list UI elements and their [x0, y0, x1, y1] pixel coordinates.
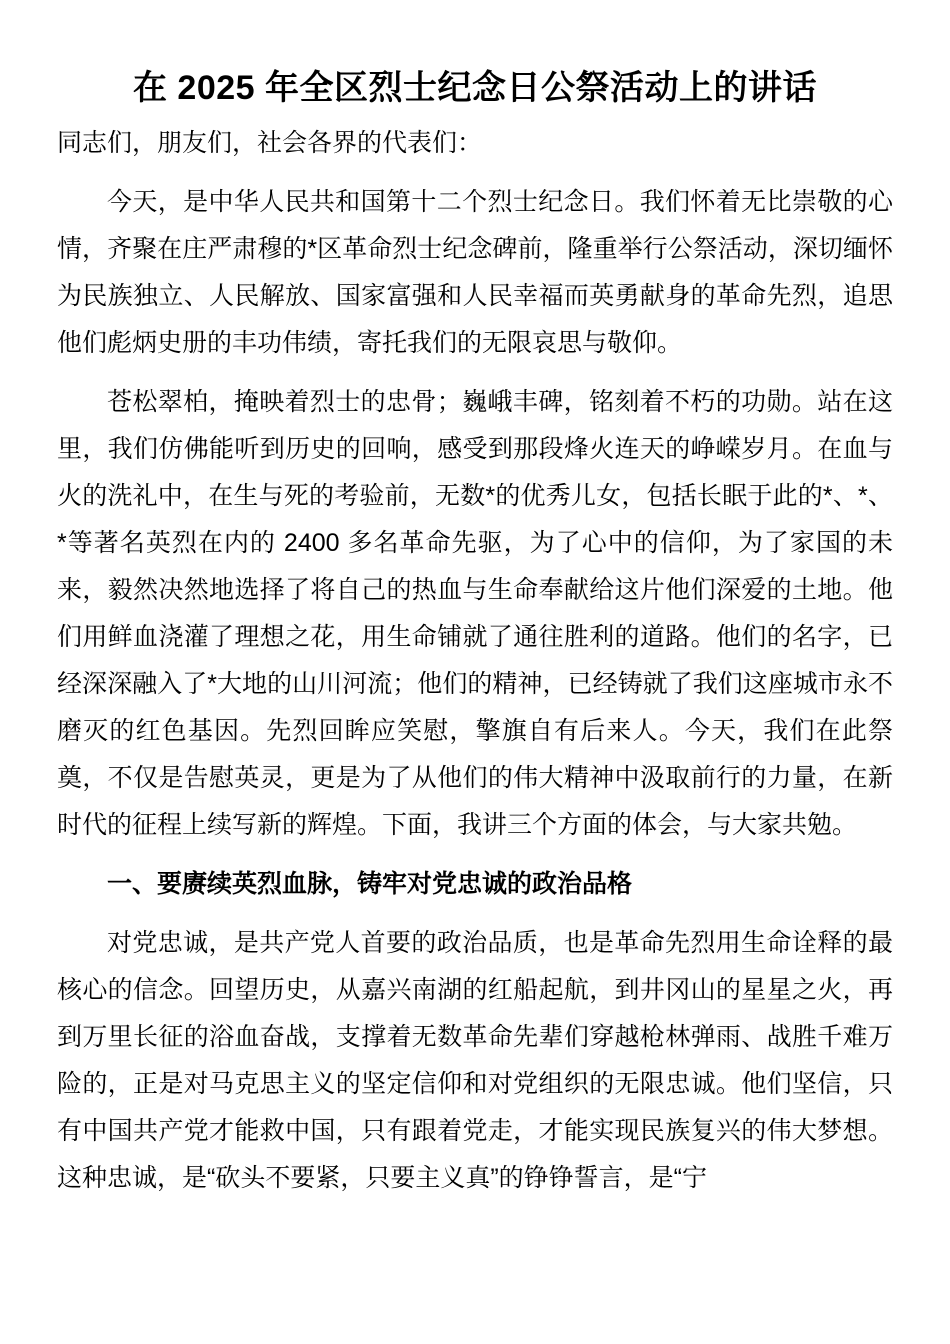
paragraph-section1-body: 对党忠诚，是共产党人首要的政治品质，也是革命先烈用生命诠释的最核心的信念。回望历… — [57, 920, 893, 1202]
section-heading-1: 一、要赓续英烈血脉，铸牢对党忠诚的政治品格 — [57, 861, 893, 908]
document-page: 在 2025 年全区烈士纪念日公祭活动上的讲话 同志们，朋友们，社会各界的代表们… — [0, 0, 950, 1344]
document-title: 在 2025 年全区烈士纪念日公祭活动上的讲话 — [57, 64, 893, 112]
paragraph-tribute: 苍松翠柏，掩映着烈士的忠骨；巍峨丰碑，铭刻着不朽的功勋。站在这里，我们仿佛能听到… — [57, 379, 893, 849]
paragraph-intro: 今天，是中华人民共和国第十二个烈士纪念日。我们怀着无比崇敬的心情，齐聚在庄严肃穆… — [57, 179, 893, 367]
salutation-line: 同志们，朋友们，社会各界的代表们： — [57, 120, 893, 167]
document-viewport: { "colors": { "text": "#000000", "backgr… — [0, 0, 950, 1344]
